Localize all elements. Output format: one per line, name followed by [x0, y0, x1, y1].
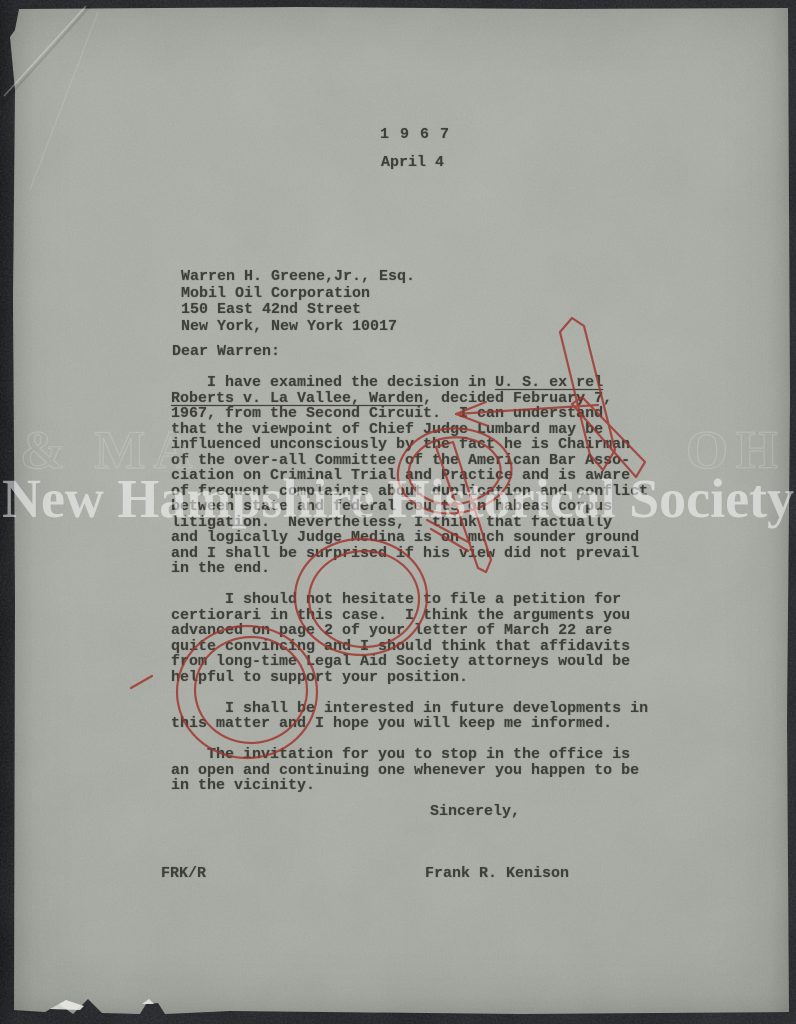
- address-line: 150 East 42nd Street: [181, 302, 415, 319]
- letter-body: I have examined the decision in U. S. ex…: [171, 375, 648, 794]
- body-line: this matter and I hope you will keep me …: [171, 716, 648, 732]
- body-line: I shall be interested in future developm…: [171, 701, 648, 717]
- body-line: I should not hesitate to file a petition…: [171, 592, 648, 608]
- body-line: from long-time Legal Aid Society attorne…: [171, 654, 648, 670]
- closing-line: Sincerely,: [430, 804, 520, 820]
- body-line: helpful to support your position.: [171, 670, 648, 686]
- body-line: I have examined the decision in U. S. ex…: [171, 375, 648, 391]
- body-line: that the viewpoint of Chief Judge Lumbar…: [171, 422, 648, 438]
- address-line: Warren H. Greene,Jr., Esq.: [181, 269, 415, 286]
- body-line: influenced unconsciously by the fact he …: [171, 437, 648, 453]
- body-line: an open and continuing one whenever you …: [171, 763, 648, 779]
- body-line: and I shall be surprised if his view did…: [171, 546, 648, 562]
- body-line: in the vicinity.: [171, 778, 648, 794]
- body-line: Roberts v. La Vallee, Warden, decided Fe…: [171, 391, 648, 407]
- address-line: New York, New York 10017: [181, 319, 415, 336]
- date-line: April 4: [381, 155, 444, 171]
- body-line: 1967, from the Second Circuit. I can und…: [171, 406, 648, 422]
- body-line: of frequent complaints about duplication…: [171, 484, 648, 500]
- body-line: quite convincing and I should think that…: [171, 639, 648, 655]
- signature-name: Frank R. Kenison: [425, 866, 569, 882]
- address-line: Mobil Oil Corporation: [181, 286, 415, 303]
- body-line: in the end.: [171, 561, 648, 577]
- body-line: [171, 685, 648, 701]
- body-line: and logically Judge Medina is on much so…: [171, 530, 648, 546]
- year-line: 1 9 6 7: [380, 127, 450, 143]
- scan-background: 1 9 6 7 April 4 Warren H. Greene,Jr., Es…: [0, 0, 796, 1024]
- body-line: ciation on Criminal Trial and Practice a…: [171, 468, 648, 484]
- salutation: Dear Warren:: [172, 344, 280, 360]
- body-line: [171, 732, 648, 748]
- body-line: of the over-all Committee of the America…: [171, 453, 648, 469]
- body-line: between state and federal courts on habe…: [171, 499, 648, 515]
- body-line: The invitation for you to stop in the of…: [171, 747, 648, 763]
- typist-reference: FRK/R: [161, 866, 206, 882]
- body-line: advanced on page 2 of your letter of Mar…: [171, 623, 648, 639]
- address-block: Warren H. Greene,Jr., Esq.Mobil Oil Corp…: [181, 269, 415, 336]
- body-line: [171, 577, 648, 593]
- body-line: litigation. Nevertheless, I think that f…: [171, 515, 648, 531]
- body-line: certiorari in this case. I think the arg…: [171, 608, 648, 624]
